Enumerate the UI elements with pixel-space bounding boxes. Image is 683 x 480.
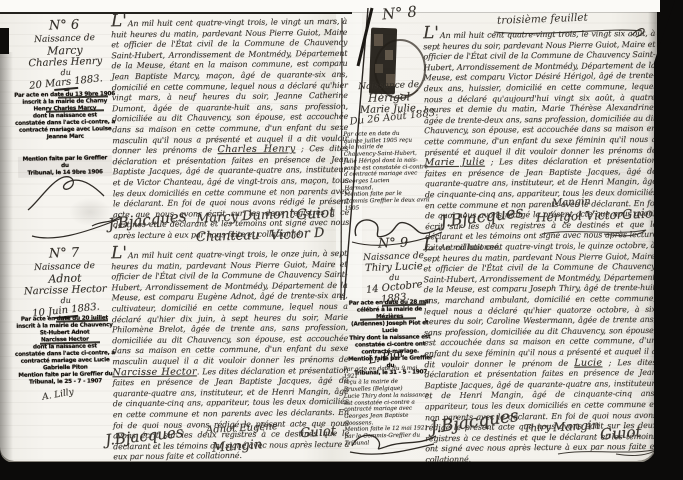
- signature: Thiry: [524, 422, 551, 434]
- child-name: Narcisse Hector: [112, 366, 197, 378]
- marriage-mention-stamp-1: Par acte en date du 13 9bre 1906 inscrit…: [14, 91, 117, 142]
- act-initial: L': [111, 11, 128, 31]
- signature: Guiot: [622, 206, 659, 223]
- scan-bottom-black-band: [0, 462, 683, 480]
- act-text: An mil huit cent quatre-vingt trois, le …: [111, 249, 348, 366]
- scan-right-black-band: [654, 0, 683, 480]
- margin-entry-no6: N° 6 Naissance de Marcy Charles Henry du…: [15, 16, 115, 91]
- birth-act-4: L'An mil huit cent quatre-vingt trois, l…: [423, 239, 657, 421]
- birth-act-2: L'An mil huit cent quatre-vingt trois, l…: [111, 247, 349, 425]
- marriage-mention-handwritten-1: Par acte en date du quinze juillet 1905 …: [343, 130, 430, 212]
- birth-act-3: L'An mil huit cent quatre-vingt trois, l…: [423, 27, 657, 207]
- signature-underline-swash-icon: [556, 446, 661, 458]
- signature: Guiot: [295, 205, 335, 224]
- act-initial: L': [111, 243, 128, 263]
- child-name: Charles Henry: [217, 143, 295, 155]
- act-initial: L': [423, 235, 440, 255]
- signature: Guiot: [599, 423, 642, 444]
- signature: Chanteau: [196, 228, 260, 245]
- page-top-edge-line: [0, 12, 352, 14]
- left-edge-black-mark: [0, 28, 9, 54]
- margin-entry-no7: N° 7 Naissance de Adnot Narcisse Hector …: [15, 244, 115, 319]
- act-number: N° 8: [381, 3, 417, 24]
- act-initial: L': [423, 23, 440, 43]
- signature: Mangin: [553, 418, 600, 434]
- signature: Victor D: [270, 226, 325, 244]
- signature: Mangin: [552, 196, 591, 209]
- signature-paraph-icon: [24, 172, 109, 217]
- child-name: Marie Julie: [424, 157, 485, 169]
- act-text: An mil huit cent quatre-vingt trois, le …: [423, 241, 656, 369]
- marriage-mention-stamp-2: Par acte en date du 20 juillet inscrit à…: [13, 315, 116, 387]
- act-text: An mil huit cent quatre-vingt trois, le …: [423, 29, 656, 157]
- scanned-register-spread: N° 6 Naissance de Marcy Charles Henry du…: [0, 0, 683, 480]
- birth-act-1: L'An mil huit cent quatre-vingt trois, l…: [111, 15, 349, 217]
- act-text: An mil huit cent quatre-vingt trois, le …: [111, 17, 348, 156]
- child-name: Lucie: [574, 357, 602, 368]
- signature: Guiot: [300, 424, 337, 441]
- signature-underline-swash-icon: [540, 226, 650, 238]
